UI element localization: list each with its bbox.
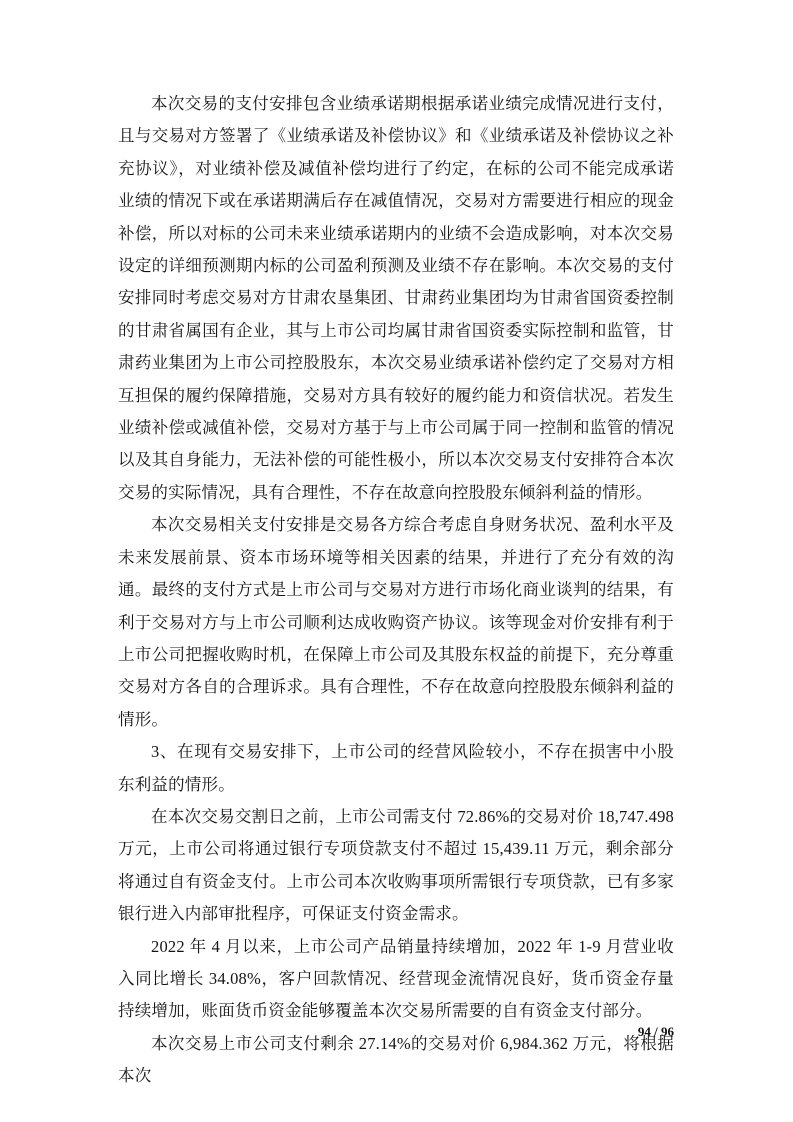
document-page: 本次交易的支付安排包含业绩承诺期根据承诺业绩完成情况进行支付，且与交易对方签署了…	[0, 0, 793, 1122]
body-paragraph-3: 在本次交易交割日之前，上市公司需支付 72.86%的交易对价 18,747.49…	[118, 801, 674, 931]
body-paragraph-1: 本次交易的支付安排包含业绩承诺期根据承诺业绩完成情况进行支付，且与交易对方签署了…	[118, 88, 674, 509]
page-number: 94 / 96	[118, 1024, 674, 1040]
body-paragraph-4: 2022 年 4 月以来，上市公司产品销量持续增加，2022 年 1-9 月营业…	[118, 931, 674, 1028]
document-body: 本次交易的支付安排包含业绩承诺期根据承诺业绩完成情况进行支付，且与交易对方签署了…	[118, 88, 674, 1093]
section-heading-item-3: 3、在现有交易安排下，上市公司的经营风险较小，不存在损害中小股东利益的情形。	[118, 736, 674, 801]
body-paragraph-2: 本次交易相关支付安排是交易各方综合考虑自身财务状况、盈利水平及未来发展前景、资本…	[118, 509, 674, 736]
